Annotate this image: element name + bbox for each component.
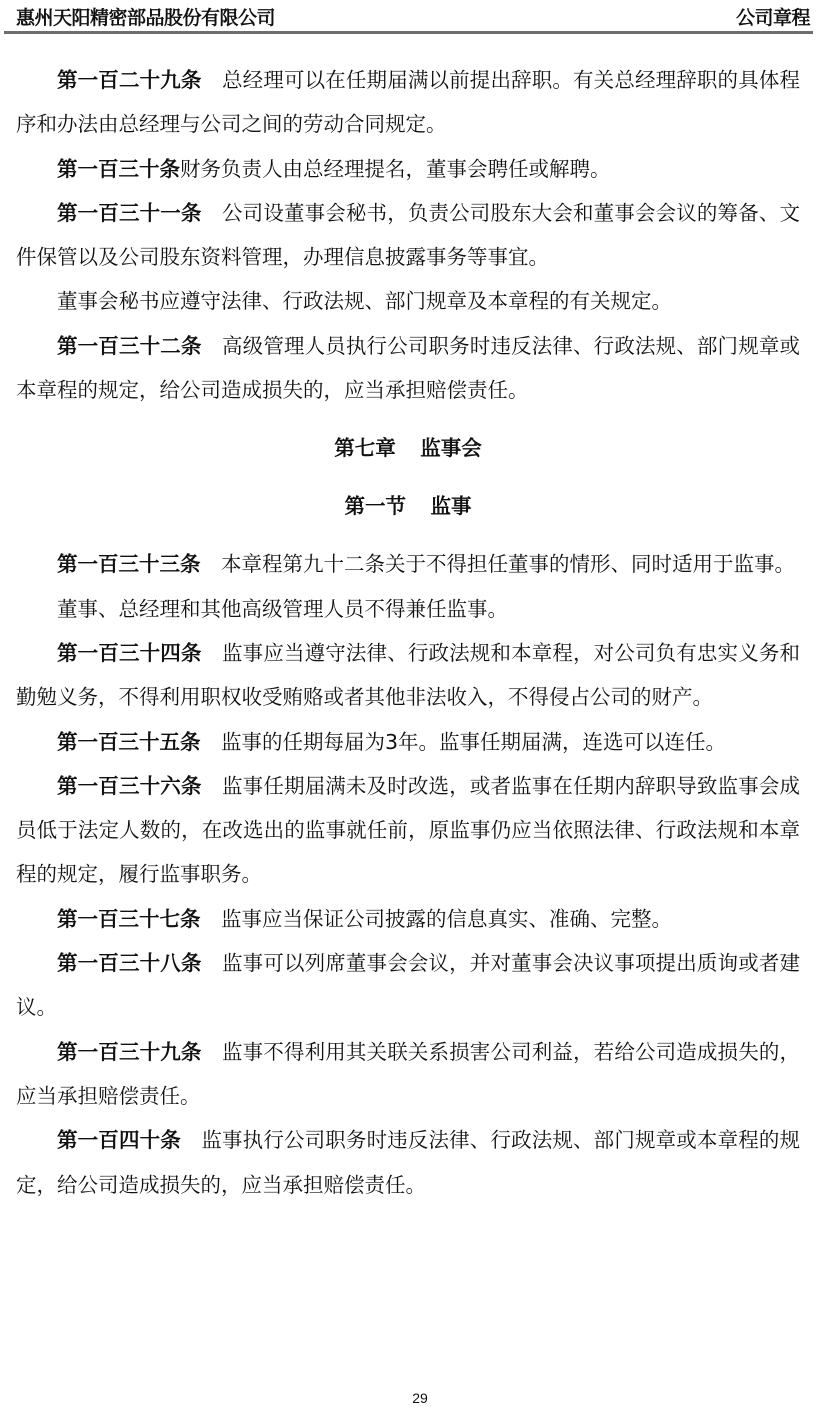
page-number: 29 xyxy=(0,1390,840,1406)
header-divider xyxy=(4,31,813,34)
document-title: 公司章程 xyxy=(736,3,810,30)
chapter-heading: 第七章监事会 xyxy=(16,426,800,470)
article-135: 第一百三十五条监事的任期每届为3年。监事任期届满，连选可以连任。 xyxy=(16,720,800,764)
article-number: 第一百三十五条 xyxy=(57,730,201,754)
article-136: 第一百三十六条监事任期届满未及时改选，或者监事在任期内辞职导致监事会成员低于法定… xyxy=(16,764,800,897)
article-number: 第一百四十条 xyxy=(57,1128,181,1152)
article-text: 本章程第九十二条关于不得担任董事的情形、同时适用于监事。 xyxy=(221,552,795,576)
article-text: 监事的任期每届为3年。监事任期届满，连选可以连任。 xyxy=(221,730,726,754)
document-body: 第一百二十九条总经理可以在任期届满以前提出辞职。有关总经理辞职的具体程序和办法由… xyxy=(16,58,800,1207)
article-134: 第一百三十四条监事应当遵守法律、行政法规和本章程，对公司负有忠实义务和勤勉义务，… xyxy=(16,631,800,720)
article-137: 第一百三十七条监事应当保证公司披露的信息真实、准确、完整。 xyxy=(16,897,800,941)
article-number: 第一百三十二条 xyxy=(57,334,202,358)
article-131-continuation: 董事会秘书应遵守法律、行政法规、部门规章及本章程的有关规定。 xyxy=(16,279,800,323)
article-133-continuation: 董事、总经理和其他高级管理人员不得兼任监事。 xyxy=(16,587,800,631)
article-number: 第一百三十六条 xyxy=(57,774,202,798)
article-number: 第一百三十三条 xyxy=(57,552,201,576)
article-number: 第一百三十九条 xyxy=(57,1040,202,1064)
article-number: 第一百三十七条 xyxy=(57,907,201,931)
section-heading: 第一节监事 xyxy=(16,484,800,528)
article-138: 第一百三十八条监事可以列席董事会会议，并对董事会决议事项提出质询或者建议。 xyxy=(16,941,800,1030)
article-number: 第一百二十九条 xyxy=(57,68,202,92)
article-130: 第一百三十条财务负责人由总经理提名，董事会聘任或解聘。 xyxy=(16,147,800,191)
article-129: 第一百二十九条总经理可以在任期届满以前提出辞职。有关总经理辞职的具体程序和办法由… xyxy=(16,58,800,147)
chapter-title: 监事会 xyxy=(420,436,482,460)
article-140: 第一百四十条监事执行公司职务时违反法律、行政法规、部门规章或本章程的规定，给公司… xyxy=(16,1118,800,1207)
chapter-number: 第七章 xyxy=(334,436,396,460)
paragraph-text: 董事、总经理和其他高级管理人员不得兼任监事。 xyxy=(57,597,508,621)
article-text: 监事应当保证公司披露的信息真实、准确、完整。 xyxy=(221,907,672,931)
section-title: 监事 xyxy=(431,494,472,518)
page-header: 惠州天阳精密部品股份有限公司 公司章程 xyxy=(16,4,810,30)
article-number: 第一百三十一条 xyxy=(57,201,202,225)
article-text: 财务负责人由总经理提名，董事会聘任或解聘。 xyxy=(180,157,611,181)
company-name: 惠州天阳精密部品股份有限公司 xyxy=(16,3,275,30)
article-133: 第一百三十三条本章程第九十二条关于不得担任董事的情形、同时适用于监事。 xyxy=(16,542,800,586)
paragraph-text: 董事会秘书应遵守法律、行政法规、部门规章及本章程的有关规定。 xyxy=(57,289,672,313)
article-139: 第一百三十九条监事不得利用其关联关系损害公司利益，若给公司造成损失的，应当承担赔… xyxy=(16,1030,800,1119)
article-number: 第一百三十八条 xyxy=(57,951,202,975)
article-number: 第一百三十条 xyxy=(57,157,180,181)
article-131: 第一百三十一条公司设董事会秘书，负责公司股东大会和董事会会议的筹备、文件保管以及… xyxy=(16,191,800,280)
article-132: 第一百三十二条高级管理人员执行公司职务时违反法律、行政法规、部门规章或本章程的规… xyxy=(16,324,800,413)
article-number: 第一百三十四条 xyxy=(57,641,202,665)
section-number: 第一节 xyxy=(344,494,406,518)
